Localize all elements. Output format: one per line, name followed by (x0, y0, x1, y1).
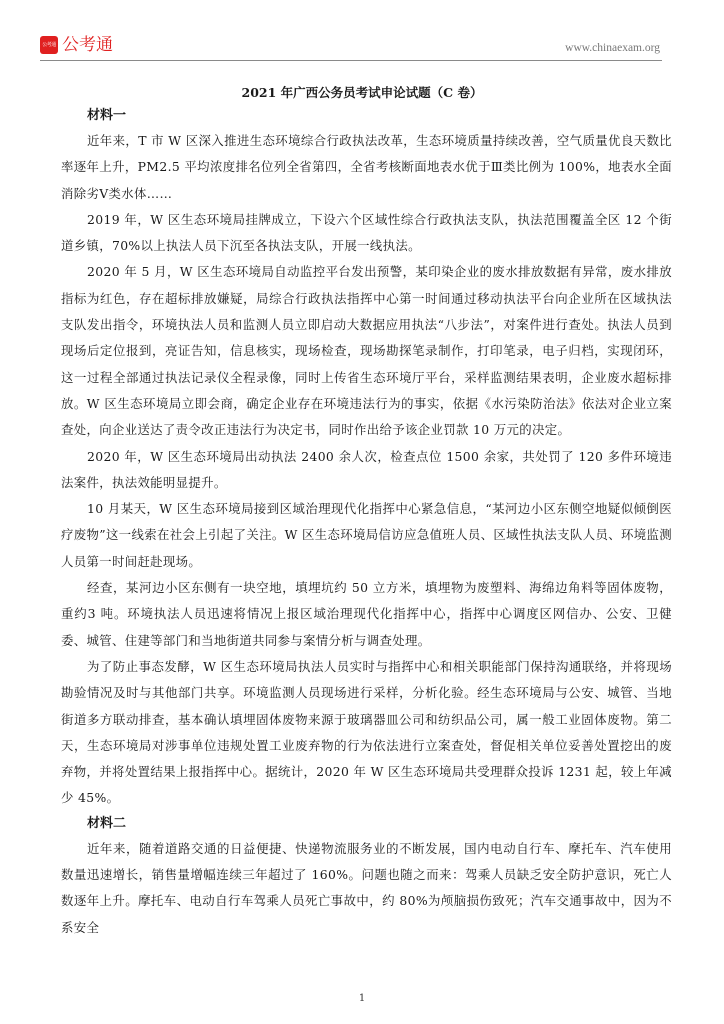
page-number: 1 (0, 993, 724, 1004)
paragraph: 10 月某天，W 区生态环境局接到区域治理现代化指挥中心紧急信息，“某河边小区东… (61, 496, 672, 575)
page-header: 公考通 公考通 www.chinaexam.org (40, 34, 660, 60)
paragraph: 为了防止事态发酵，W 区生态环境局执法人员实时与指挥中心和相关职能部门保持沟通联… (61, 654, 672, 812)
logo-icon: 公考通 (40, 36, 58, 54)
paragraph: 2020 年，W 区生态环境局出动执法 2400 余人次，检查点位 1500 余… (61, 444, 672, 497)
paragraph: 经查，某河边小区东侧有一块空地，填埋坑约 50 立方米，填埋物为废塑料、海绵边角… (61, 575, 672, 654)
paragraph: 2019 年，W 区生态环境局挂牌成立，下设六个区域性综合行政执法支队，执法范围… (61, 207, 672, 260)
site-url: www.chinaexam.org (565, 42, 660, 54)
section-heading-material-2: 材料二 (61, 812, 672, 836)
document-title: 2021 年广西公务员考试申论试题（C 卷） (0, 83, 724, 101)
paragraph: 近年来，T 市 W 区深入推进生态环境综合行政执法改革，生态环境质量持续改善，空… (61, 128, 672, 207)
paragraph: 近年来，随着道路交通的日益便捷、快递物流服务业的不断发展，国内电动自行车、摩托车… (61, 836, 672, 941)
paragraph: 2020 年 5 月，W 区生态环境局自动监控平台发出预警，某印染企业的废水排放… (61, 259, 672, 443)
section-heading-material-1: 材料一 (61, 104, 672, 128)
document-body: 材料一 近年来，T 市 W 区深入推进生态环境综合行政执法改革，生态环境质量持续… (61, 104, 672, 941)
brand-logo-text: 公考通 (62, 34, 113, 56)
header-divider (40, 60, 662, 61)
